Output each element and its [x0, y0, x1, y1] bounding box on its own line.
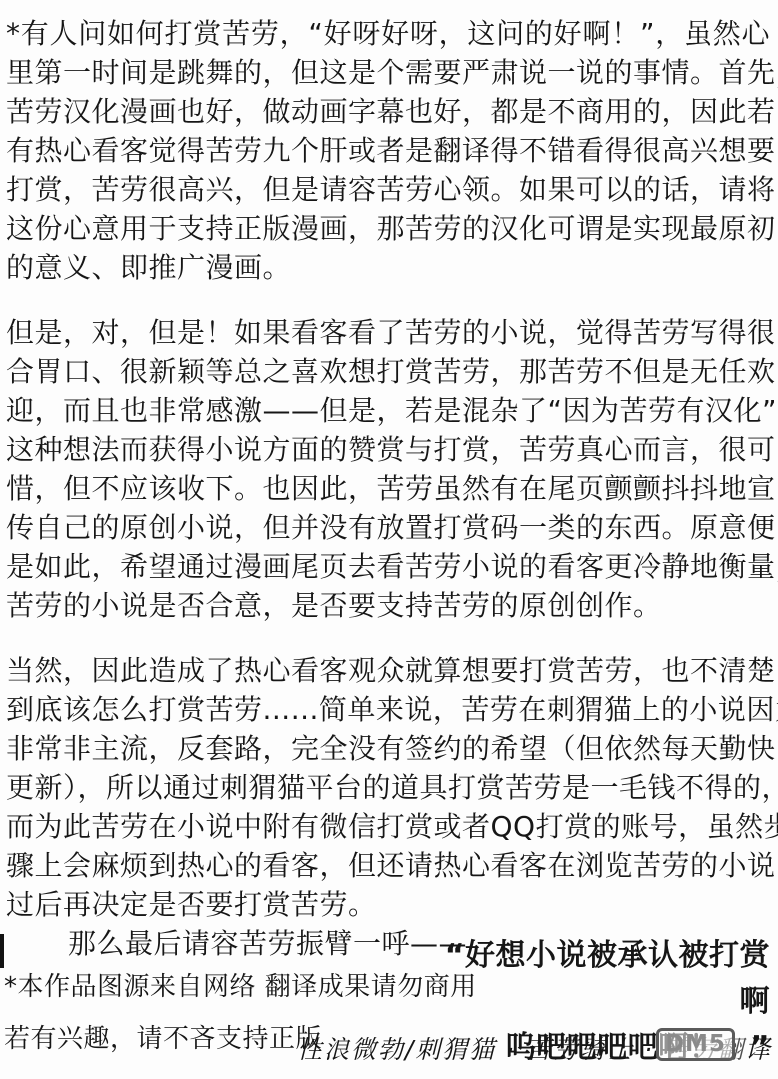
text-line: 非常非主流，反套路，完全没有签约的希望（但依然每天勤快: [6, 729, 770, 768]
text-line: 里第一时间是跳舞的，但这是个需要严肃说一说的事情。首先，: [6, 53, 770, 92]
text-line: 打赏，苦劳很高兴，但是请容苦劳心领。如果可以的话，请将: [6, 170, 770, 209]
text-line: 更新），所以通过刺猬猫平台的道具打赏苦劳是一毛钱不得的，: [6, 768, 770, 807]
credit-text: 性浪微勃/刺猬猫 · 苦劳骑士 ·: [297, 1035, 664, 1064]
text-line: 迎，而且也非常感激——但是，若是混杂了“因为苦劳有汉化”: [6, 391, 770, 430]
text-line: 有热心看客觉得苦劳九个肝或者是翻译得不错看得很高兴想要: [6, 131, 770, 170]
text-line: 这种想法而获得小说方面的赞赏与打赏，苦劳真心而言，很可: [6, 430, 770, 469]
text-line: 苦劳的小说是否合意，是否要支持苦劳的原创创作。: [6, 586, 770, 625]
dm5-watermark-logo: DM5: [656, 1028, 735, 1061]
text-line: 过后再决定是否要打赏苦劳。: [6, 885, 770, 924]
credit-tail: 苦劳翻DM5译: [664, 1030, 772, 1066]
paragraph-donation-novel: 但是，对，但是！如果看客看了苦劳的小说，觉得苦劳写得很合胃口、很新颖等总之喜欢想…: [6, 313, 770, 625]
scan-edge-artifact: [0, 934, 4, 968]
text-line: 合胃口、很新颖等总之喜欢想打赏苦劳，那苦劳不但是无任欢: [6, 352, 770, 391]
credit-suffix: 译: [745, 1035, 772, 1064]
text-line: *有人问如何打赏苦劳，“好呀好呀，这问的好啊！”，虽然心: [6, 14, 770, 53]
paragraph-how-to-donate: 当然，因此造成了热心看客观众就算想要打赏苦劳，也不清楚到底该怎么打赏苦劳....…: [6, 651, 770, 924]
text-line: 苦劳汉化漫画也好，做动画字幕也好，都是不商用的，因此若: [6, 92, 770, 131]
text-line: 这份心意用于支持正版漫画，那苦劳的汉化可谓是实现最原初: [6, 209, 770, 248]
text-line: 骤上会麻烦到热心的看客，但还请热心看客在浏览苦劳的小说: [6, 846, 770, 885]
translator-credit-line: 性浪微勃/刺猬猫 · 苦劳骑士 · 苦劳翻DM5译: [297, 1030, 772, 1066]
text-line: 到底该怎么打赏苦劳......简单来说，苦劳在刺猬猫上的小说因为: [6, 690, 770, 729]
text-line: 当然，因此造成了热心看客观众就算想要打赏苦劳，也不清楚: [6, 651, 770, 690]
text-line: 惜，但不应该收下。也因此，苦劳虽然有在尾页颤颤抖抖地宣: [6, 469, 770, 508]
text-line: 但是，对，但是！如果看客看了苦劳的小说，觉得苦劳写得很: [6, 313, 770, 352]
text-line: 的意义、即推广漫画。: [6, 248, 770, 287]
manga-translator-note-page: *有人问如何打赏苦劳，“好呀好呀，这问的好啊！”，虽然心里第一时间是跳舞的，但这…: [0, 0, 778, 1079]
text-line: 传自己的原创小说，但并没有放置打赏码一类的东西。原意便: [6, 508, 770, 547]
paragraph-donation-manga: *有人问如何打赏苦劳，“好呀好呀，这问的好啊！”，虽然心里第一时间是跳舞的，但这…: [6, 14, 770, 287]
note-line-1: *本作品图源来自网络 翻译成果请勿商用: [4, 961, 477, 1013]
body-text: *有人问如何打赏苦劳，“好呀好呀，这问的好啊！”，虽然心里第一时间是跳舞的，但这…: [6, 14, 770, 963]
text-line: 是如此，希望通过漫画尾页去看苦劳小说的看客更冷静地衡量，: [6, 547, 770, 586]
text-line: 而为此苦劳在小说中附有微信打赏或者QQ打赏的账号，虽然步: [6, 807, 770, 846]
